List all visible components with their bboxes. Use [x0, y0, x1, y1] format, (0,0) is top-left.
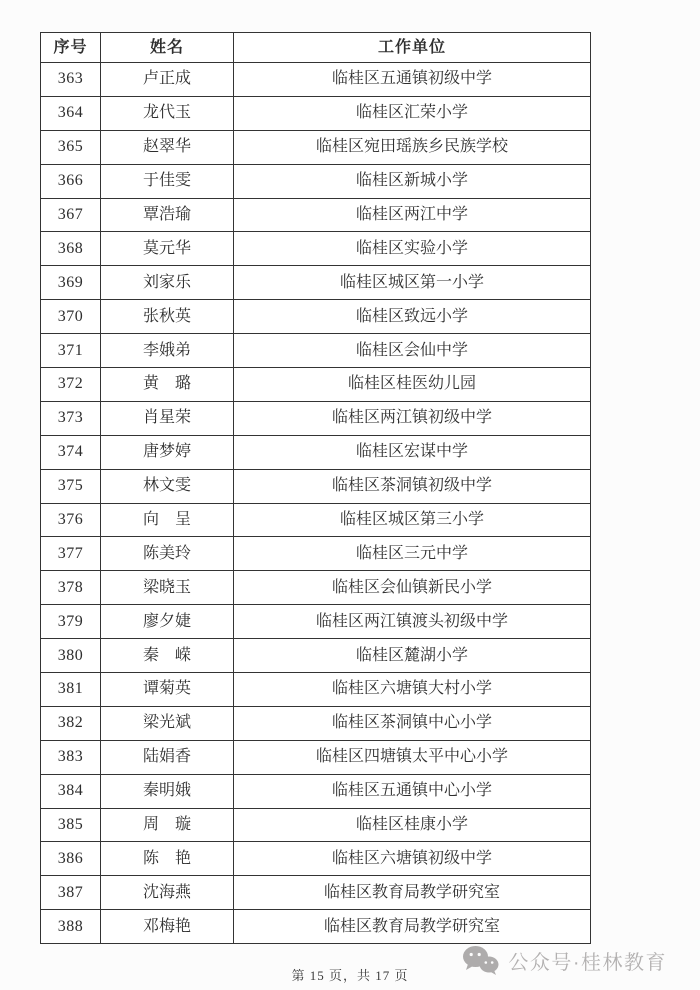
name-cell: 唐梦婷: [101, 435, 234, 469]
table-row: 378梁晓玉临桂区会仙镇新民小学: [41, 571, 591, 605]
unit-cell: 临桂区茶洞镇初级中学: [234, 469, 591, 503]
table-row: 363卢正成临桂区五通镇初级中学: [41, 63, 591, 97]
serial-cell: 364: [41, 96, 101, 130]
table-row: 372黄 璐临桂区桂医幼儿园: [41, 368, 591, 402]
name-cell: 黄 璐: [101, 368, 234, 402]
name-cell: 廖夕婕: [101, 605, 234, 639]
serial-cell: 383: [41, 740, 101, 774]
unit-cell: 临桂区致远小学: [234, 300, 591, 334]
name-cell: 龙代玉: [101, 96, 234, 130]
table-row: 370张秋英临桂区致远小学: [41, 300, 591, 334]
unit-cell: 临桂区五通镇中心小学: [234, 774, 591, 808]
unit-cell: 临桂区新城小学: [234, 164, 591, 198]
serial-cell: 370: [41, 300, 101, 334]
serial-cell: 368: [41, 232, 101, 266]
roster-table: 序号 姓名 工作单位 363卢正成临桂区五通镇初级中学364龙代玉临桂区汇荣小学…: [40, 32, 591, 944]
page-footer: 第 15 页，共 17 页: [0, 965, 700, 984]
table-row: 386陈 艳临桂区六塘镇初级中学: [41, 842, 591, 876]
unit-cell: 临桂区麓湖小学: [234, 639, 591, 673]
serial-cell: 373: [41, 401, 101, 435]
unit-cell: 临桂区六塘镇大村小学: [234, 673, 591, 707]
serial-cell: 377: [41, 537, 101, 571]
table-row: 368莫元华临桂区实验小学: [41, 232, 591, 266]
table-row: 373肖星荣临桂区两江镇初级中学: [41, 401, 591, 435]
name-cell: 秦明娥: [101, 774, 234, 808]
serial-cell: 376: [41, 503, 101, 537]
serial-cell: 375: [41, 469, 101, 503]
serial-cell: 369: [41, 266, 101, 300]
table-row: 376向 呈临桂区城区第三小学: [41, 503, 591, 537]
unit-cell: 临桂区桂康小学: [234, 808, 591, 842]
table-row: 375林文雯临桂区茶洞镇初级中学: [41, 469, 591, 503]
table-row: 385周 璇临桂区桂康小学: [41, 808, 591, 842]
unit-cell: 临桂区汇荣小学: [234, 96, 591, 130]
serial-cell: 381: [41, 673, 101, 707]
name-cell: 林文雯: [101, 469, 234, 503]
name-cell: 于佳雯: [101, 164, 234, 198]
unit-cell: 临桂区会仙中学: [234, 334, 591, 368]
serial-cell: 367: [41, 198, 101, 232]
unit-cell: 临桂区城区第一小学: [234, 266, 591, 300]
unit-cell: 临桂区两江镇初级中学: [234, 401, 591, 435]
serial-cell: 386: [41, 842, 101, 876]
unit-cell: 临桂区教育局教学研究室: [234, 876, 591, 910]
name-cell: 肖星荣: [101, 401, 234, 435]
serial-cell: 363: [41, 63, 101, 97]
name-cell: 沈海燕: [101, 876, 234, 910]
name-cell: 谭菊英: [101, 673, 234, 707]
unit-cell: 临桂区宛田瑶族乡民族学校: [234, 130, 591, 164]
name-cell: 陆娟香: [101, 740, 234, 774]
table-row: 388邓梅艳临桂区教育局教学研究室: [41, 910, 591, 944]
name-cell: 梁晓玉: [101, 571, 234, 605]
name-cell: 向 呈: [101, 503, 234, 537]
serial-cell: 388: [41, 910, 101, 944]
name-cell: 李娥弟: [101, 334, 234, 368]
table-header: 序号 姓名 工作单位: [41, 33, 591, 63]
name-cell: 邓梅艳: [101, 910, 234, 944]
unit-cell: 临桂区教育局教学研究室: [234, 910, 591, 944]
name-cell: 赵翠华: [101, 130, 234, 164]
unit-cell: 临桂区城区第三小学: [234, 503, 591, 537]
unit-cell: 临桂区两江中学: [234, 198, 591, 232]
table-row: 371李娥弟临桂区会仙中学: [41, 334, 591, 368]
unit-cell: 临桂区实验小学: [234, 232, 591, 266]
table-row: 384秦明娥临桂区五通镇中心小学: [41, 774, 591, 808]
serial-cell: 384: [41, 774, 101, 808]
name-cell: 陈 艳: [101, 842, 234, 876]
table-row: 365赵翠华临桂区宛田瑶族乡民族学校: [41, 130, 591, 164]
name-cell: 刘家乐: [101, 266, 234, 300]
unit-cell: 临桂区宏谋中学: [234, 435, 591, 469]
name-cell: 莫元华: [101, 232, 234, 266]
serial-cell: 366: [41, 164, 101, 198]
serial-cell: 374: [41, 435, 101, 469]
table-row: 380秦 嵘临桂区麓湖小学: [41, 639, 591, 673]
name-cell: 梁光斌: [101, 706, 234, 740]
serial-cell: 379: [41, 605, 101, 639]
name-cell: 周 璇: [101, 808, 234, 842]
unit-cell: 临桂区四塘镇太平中心小学: [234, 740, 591, 774]
serial-cell: 372: [41, 368, 101, 402]
table-row: 364龙代玉临桂区汇荣小学: [41, 96, 591, 130]
table-row: 382梁光斌临桂区茶洞镇中心小学: [41, 706, 591, 740]
serial-cell: 365: [41, 130, 101, 164]
unit-cell: 临桂区茶洞镇中心小学: [234, 706, 591, 740]
table-row: 379廖夕婕临桂区两江镇渡头初级中学: [41, 605, 591, 639]
header-name: 姓名: [101, 33, 234, 63]
serial-cell: 371: [41, 334, 101, 368]
unit-cell: 临桂区两江镇渡头初级中学: [234, 605, 591, 639]
header-serial: 序号: [41, 33, 101, 63]
serial-cell: 385: [41, 808, 101, 842]
unit-cell: 临桂区五通镇初级中学: [234, 63, 591, 97]
name-cell: 秦 嵘: [101, 639, 234, 673]
header-unit: 工作单位: [234, 33, 591, 63]
table-row: 383陆娟香临桂区四塘镇太平中心小学: [41, 740, 591, 774]
unit-cell: 临桂区三元中学: [234, 537, 591, 571]
unit-cell: 临桂区会仙镇新民小学: [234, 571, 591, 605]
table-row: 381谭菊英临桂区六塘镇大村小学: [41, 673, 591, 707]
unit-cell: 临桂区桂医幼儿园: [234, 368, 591, 402]
serial-cell: 387: [41, 876, 101, 910]
table-row: 366于佳雯临桂区新城小学: [41, 164, 591, 198]
table-row: 369刘家乐临桂区城区第一小学: [41, 266, 591, 300]
name-cell: 张秋英: [101, 300, 234, 334]
table-row: 374唐梦婷临桂区宏谋中学: [41, 435, 591, 469]
header-row: 序号 姓名 工作单位: [41, 33, 591, 63]
serial-cell: 380: [41, 639, 101, 673]
unit-cell: 临桂区六塘镇初级中学: [234, 842, 591, 876]
serial-cell: 382: [41, 706, 101, 740]
table-body: 363卢正成临桂区五通镇初级中学364龙代玉临桂区汇荣小学365赵翠华临桂区宛田…: [41, 63, 591, 944]
serial-cell: 378: [41, 571, 101, 605]
table-row: 377陈美玲临桂区三元中学: [41, 537, 591, 571]
name-cell: 覃浩瑜: [101, 198, 234, 232]
page: 序号 姓名 工作单位 363卢正成临桂区五通镇初级中学364龙代玉临桂区汇荣小学…: [0, 0, 700, 990]
name-cell: 陈美玲: [101, 537, 234, 571]
table-row: 387沈海燕临桂区教育局教学研究室: [41, 876, 591, 910]
table-row: 367覃浩瑜临桂区两江中学: [41, 198, 591, 232]
name-cell: 卢正成: [101, 63, 234, 97]
